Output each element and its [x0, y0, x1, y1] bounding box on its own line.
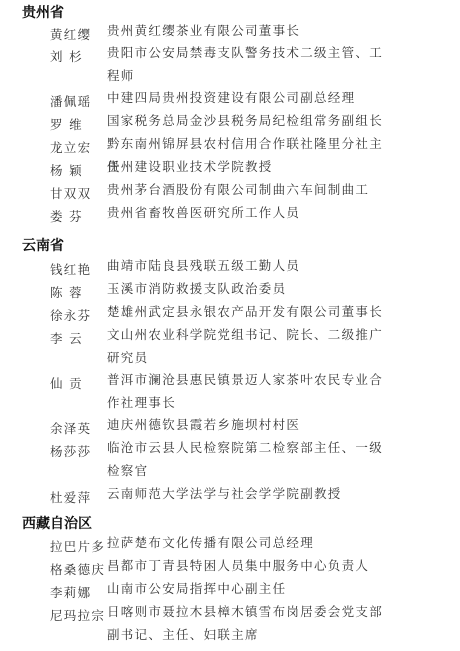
person-title: 贵州省畜牧兽医研究所工作人员 — [107, 202, 387, 225]
person-title: 拉萨楚布文化传播有限公司总经理 — [107, 532, 387, 555]
person-name: 尼玛拉宗 — [50, 606, 100, 624]
person-title: 普洱市澜沧县惠民镇景迈人家茶叶农民专业合作社理事长 — [107, 369, 387, 414]
person-name: 仙 贡 — [50, 374, 100, 392]
person-name: 李莉娜 — [50, 583, 100, 601]
person-title: 临沧市云县人民检察院第二检察部主任、一级检察官 — [107, 437, 387, 482]
person-title: 贵州建设职业技术学院教授 — [107, 156, 387, 179]
person-name: 龙立宏 — [50, 138, 100, 156]
person-title: 文山州农业科学院党组书记、院长、二级推广研究员 — [107, 324, 387, 369]
section-title-tibet: 西藏自治区 — [22, 513, 92, 533]
person-name: 李 云 — [50, 329, 100, 347]
person-title: 玉溪市消防救援支队政治委员 — [107, 278, 387, 301]
person-title: 云南师范大学法学与社会学学院副教授 — [107, 483, 387, 506]
person-name: 杨莎莎 — [50, 442, 100, 460]
person-title: 楚雄州武定县永银农产品开发有限公司董事长 — [107, 301, 387, 324]
person-title: 迪庆州德钦县霞若乡施坝村村医 — [107, 414, 387, 437]
person-title: 贵州茅台酒股份有限公司制曲六车间制曲工 — [107, 179, 387, 202]
person-name: 杨 颖 — [50, 161, 100, 179]
person-name: 潘佩瑶 — [50, 92, 100, 110]
person-name: 余泽英 — [50, 419, 100, 437]
person-name: 格桑德庆 — [50, 560, 100, 578]
person-title: 昌都市丁青县特困人员集中服务中心负责人 — [107, 555, 387, 578]
person-title: 国家税务总局金沙县税务局纪检组常务副组长 — [107, 110, 387, 133]
person-name: 杜爱萍 — [50, 488, 100, 506]
person-title: 中建四局贵州投资建设有限公司副总经理 — [107, 87, 387, 110]
section-title-yunnan: 云南省 — [22, 235, 64, 255]
person-name: 娄 芬 — [50, 207, 100, 225]
person-title: 曲靖市陆良县残联五级工勤人员 — [107, 255, 387, 278]
person-name: 黄红缨 — [50, 25, 100, 43]
person-name: 刘 杉 — [50, 47, 100, 65]
person-name: 拉巴片多 — [50, 537, 100, 555]
section-title-guizhou: 贵州省 — [22, 2, 64, 22]
person-title: 日喀则市聂拉木县樟木镇雪布岗居委会党支部副书记、主任、妇联主席 — [107, 601, 387, 646]
person-title: 贵阳市公安局禁毒支队警务技术二级主管、工程师 — [107, 42, 387, 87]
person-name: 罗 维 — [50, 115, 100, 133]
person-name: 钱红艳 — [50, 260, 100, 278]
person-name: 甘双双 — [50, 184, 100, 202]
person-title: 山南市公安局指挥中心副主任 — [107, 578, 387, 601]
person-name: 陈 蓉 — [50, 283, 100, 301]
person-title: 贵州黄红缨茶业有限公司董事长 — [107, 20, 387, 43]
person-name: 徐永芬 — [50, 306, 100, 324]
